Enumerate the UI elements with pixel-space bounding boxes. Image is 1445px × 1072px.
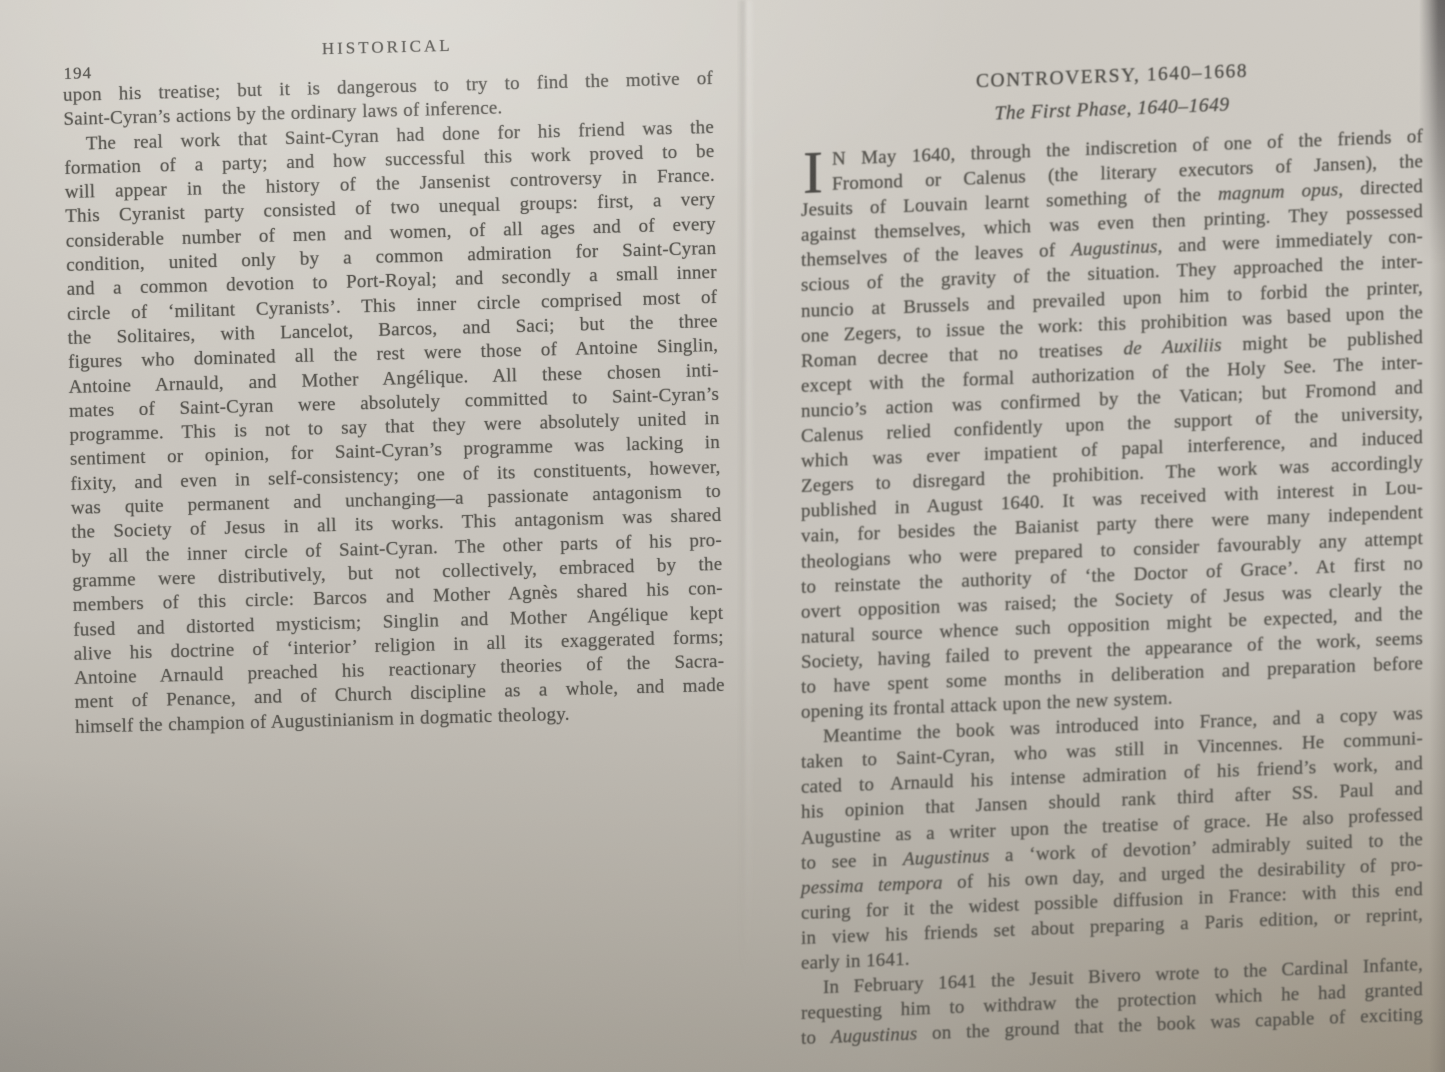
italic-run: Augustinus (831, 1024, 917, 1048)
paragraph: The real work that Saint-Cyran had done … (64, 116, 726, 740)
left-page: HISTORICAL 194 upon his treatise; but it… (62, 27, 725, 740)
spine-crease (737, 0, 755, 980)
italic-run: magnum opus (1218, 180, 1338, 206)
italic-run: Augustinus (1071, 237, 1157, 261)
drop-cap: I (803, 150, 823, 196)
page-edge-shadow (1429, 0, 1445, 1072)
paragraph: IN May 1640, through the indiscretion of… (801, 124, 1423, 725)
page-number: 194 (63, 63, 92, 84)
right-page: CONTROVERSY, 1640–1668 The First Phase, … (801, 52, 1423, 1051)
italic-run: pessima tempora (801, 872, 943, 898)
book-photo: HISTORICAL 194 upon his treatise; but it… (0, 0, 1445, 1072)
italic-run: Augustinus (903, 845, 989, 869)
italic-run: de Auxiliis (1124, 335, 1222, 360)
paragraph: Meantime the book was introduced into Fr… (801, 701, 1423, 976)
left-page-body: upon his treatise; but it is dangerous t… (63, 67, 726, 740)
running-head: HISTORICAL (62, 27, 712, 68)
right-page-body: IN May 1640, through the indiscretion of… (801, 124, 1423, 1051)
